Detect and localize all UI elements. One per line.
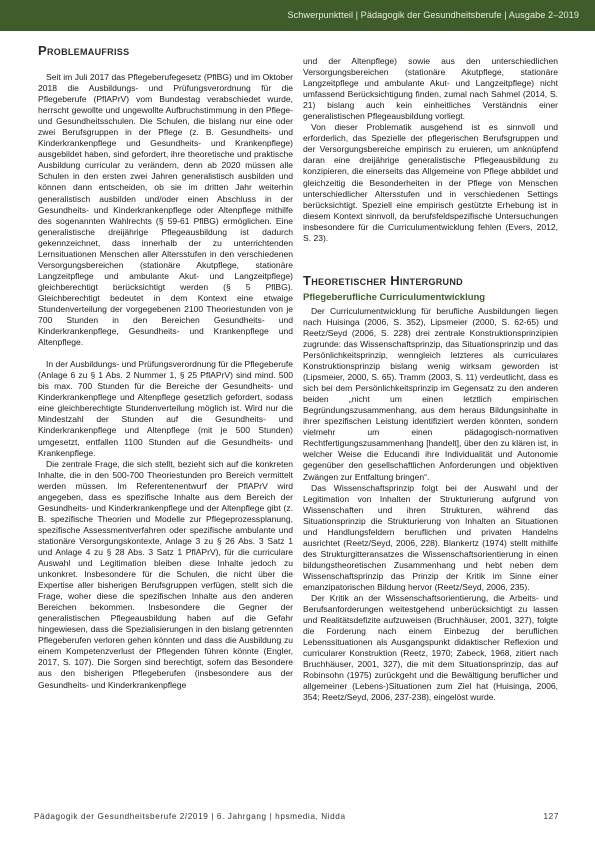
footer-journal-info: Pädagogik der Gesundheitsberufe 2/2019 |… (34, 812, 346, 821)
right-column: und der Altenpflege) sowie aus den unter… (303, 56, 558, 703)
section-heading-theoretischer-hintergrund: Theoretischer Hintergrund (303, 274, 558, 288)
page-footer: Pädagogik der Gesundheitsberufe 2/2019 |… (34, 812, 559, 826)
running-header-title: Schwerpunktteil | Pädagogik der Gesundhe… (287, 10, 579, 20)
body-paragraph: Die zentrale Frage, die sich stellt, bez… (38, 459, 293, 691)
section-heading-problemaufriss: Problemaufriss (38, 44, 293, 58)
body-paragraph: und der Altenpflege) sowie aus den unter… (303, 56, 558, 122)
body-paragraph: Das Wissenschaftsprinzip folgt bei der A… (303, 483, 558, 593)
body-paragraph: Seit im Juli 2017 das Pflegeberufegesetz… (38, 72, 293, 348)
running-header-bar: Schwerpunktteil | Pädagogik der Gesundhe… (0, 0, 595, 31)
subsection-heading: Pflegeberufliche Curriculumentwicklung (303, 292, 558, 304)
body-paragraph: In der Ausbildungs- und Prüfungsverordnu… (38, 359, 293, 458)
page-number: 127 (544, 812, 559, 821)
left-column: Problemaufriss Seit im Juli 2017 das Pfl… (38, 44, 293, 691)
body-paragraph: Der Curriculumentwicklung für berufliche… (303, 306, 558, 483)
body-paragraph: Der Kritik an der Wissenschaftsorientier… (303, 593, 558, 703)
body-paragraph: Von dieser Problematik ausgehend ist es … (303, 122, 558, 244)
